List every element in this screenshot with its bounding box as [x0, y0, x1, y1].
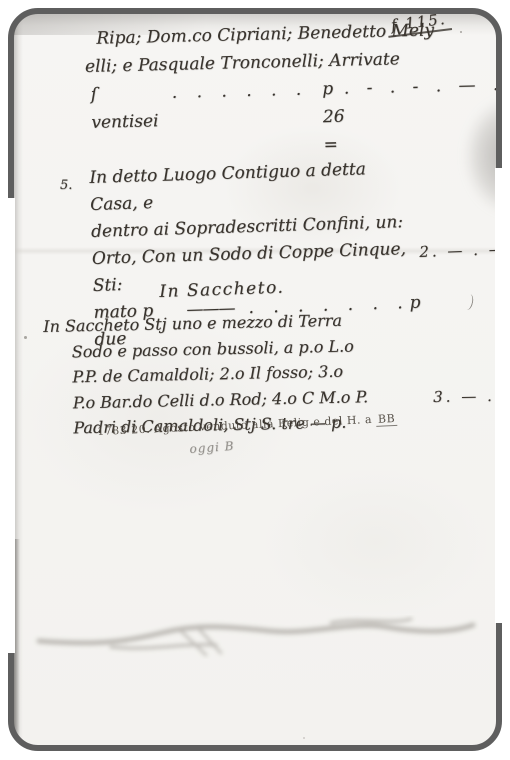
inline-amount: p 26 = [322, 75, 346, 160]
ink-speck [24, 336, 27, 339]
manuscript-line: ſ ventisei . . . . . . p 26 = . - . - . … [90, 71, 497, 165]
line-text: ſ ventisei [90, 79, 158, 137]
manuscript-page: f 115. Ripa; Dom.co Cipriani; Benedetto … [13, 11, 497, 749]
ink-speck [460, 31, 462, 33]
trailing-dashes: . - . - . — . - [343, 70, 497, 102]
margin-amount: 3. — . — [433, 386, 497, 406]
dot-leader: . . . . . . [171, 76, 308, 107]
margin-entry-number: 5. [60, 178, 72, 193]
entry-first: Ripa; Dom.co Cipriani; Benedetto Mely el… [84, 15, 497, 165]
page-left-edge-shadow-bottom [13, 539, 20, 749]
sale-annotation-second-line: oggi B [189, 439, 235, 456]
scanned-manuscript-viewport: f 115. Ripa; Dom.co Cipriani; Benedetto … [0, 0, 510, 760]
sale-annotation-ref: BB [376, 412, 398, 427]
stray-pen-mark [462, 293, 474, 311]
ink-speck [303, 737, 305, 739]
bleed-through-ghost-text [31, 603, 479, 663]
margin-amount: 2. — . — [419, 240, 497, 261]
